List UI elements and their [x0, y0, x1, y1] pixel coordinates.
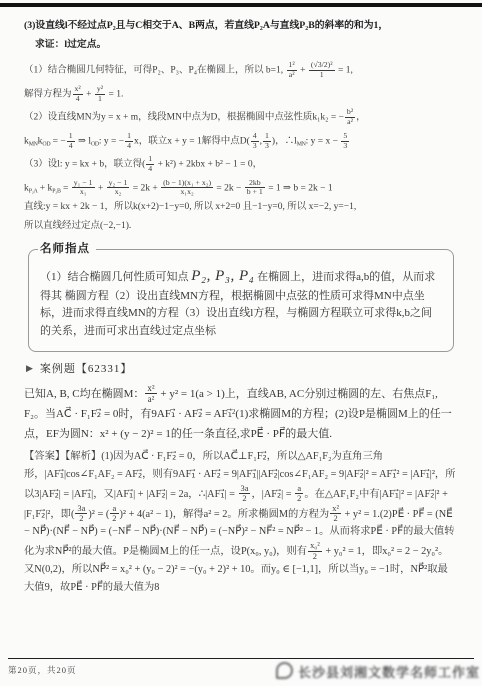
- problem3-prove-line: 求证：l过定点。: [24, 39, 458, 51]
- solution-step1: （1）结合椭圆几何特征，可得P₂、P₃、P₄在椭圆上，所以 b=1, 1²a² …: [24, 61, 458, 79]
- teacher-tips-box: 名师指点 （1）结合椭圆几何性质可知点 P₂, P₃, P₄ 在椭圆上，进而求得…: [28, 249, 454, 352]
- studio-watermark: 长沙县刘湘文数学名师工作室: [276, 662, 480, 681]
- case-problem-header: ▶案例题【62331】: [26, 363, 458, 377]
- solution-step3-slopes: kP₂A + kP₂B = y₁ − 1x₁ + y₂ − 1x₂ = 2k +…: [24, 179, 458, 197]
- page-number: 第20页，共20页: [8, 664, 77, 676]
- solution-step3-line: 直线:y = kx + 2k − 1，所以k(x+2)−1−y=0, 所以 x+…: [24, 202, 458, 214]
- watermark-logo-icon: [276, 662, 293, 679]
- teacher-tips-body: （1）结合椭圆几何性质可知点 P₂, P₃, P₄ 在椭圆上，进而求得a,b的值…: [40, 264, 442, 341]
- tips-points-p234: P₂, P₃, P₄: [191, 268, 254, 284]
- watermark-text: 长沙县刘湘文数学名师工作室: [298, 665, 480, 680]
- solution-step2: （2）设直线MN为y = x + m，线段MN中点为D，根据椭圆中点弦性质k₁k…: [24, 108, 458, 126]
- solution-section: (3)设直线l不经过点P₂且与C相交于A、B两点，若直线P₂A与直线P₂B的斜率…: [0, 7, 482, 596]
- solution-step2-midpoint: kMNkOD = −14 ⇒ lOD: y = −14x，联立x + y = 1…: [24, 132, 458, 150]
- solution-step3: （3）设l: y = kx + b，联立得(14 + k²) + 2kbx + …: [24, 155, 458, 173]
- document-page: (3)设直线l不经过点P₂且与C相交于A、B两点，若直线P₂A与直线P₂B的斜率…: [0, 0, 482, 686]
- triangle-bullet-icon: ▶: [26, 363, 34, 373]
- case-problem-title: 案例题【62331】: [40, 363, 133, 375]
- tips-text-1: （1）结合椭圆几何性质可知点: [40, 271, 191, 283]
- solution-fixed-point: 所以直线经过定点(−2,−1).: [24, 221, 458, 233]
- teacher-tips-title: 名师指点: [38, 242, 96, 256]
- case-problem-body: 已知A, B, C均在椭圆M：x²a² + y² = 1(a > 1)上，直线A…: [24, 383, 458, 444]
- solution-step1-result: 解得方程为x²4 + y²1 = 1.: [24, 85, 458, 103]
- problem3-statement: (3)设直线l不经过点P₂且与C相交于A、B两点，若直线P₂A与直线P₂B的斜率…: [24, 20, 458, 32]
- footer-divider: [8, 658, 474, 660]
- case-answer-body: 【答案】【解析】(1)因为AC⃗ · F₁F₂⃗ = 0，所以AC⃗⊥F₁F₂⃗…: [24, 448, 458, 596]
